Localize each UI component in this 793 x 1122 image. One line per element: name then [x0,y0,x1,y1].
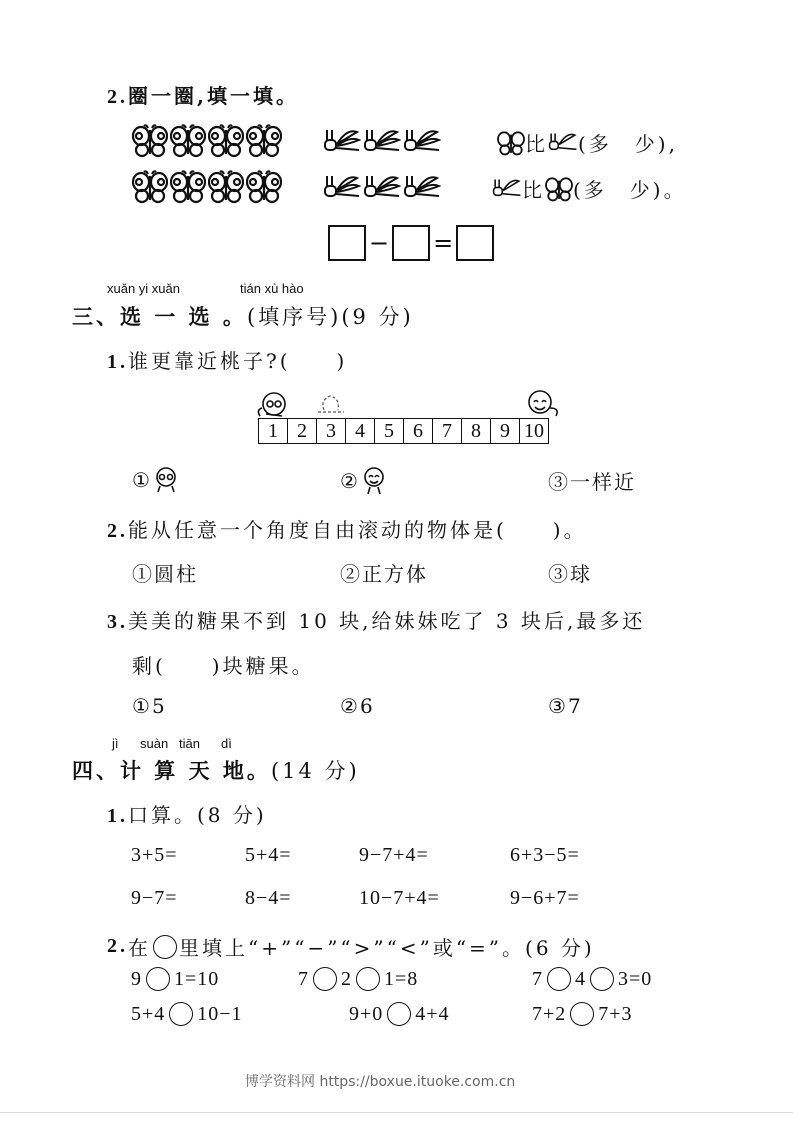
option-label: 球 [570,562,592,586]
calc-item[interactable]: 9−7= [131,887,178,910]
dragonfly-icon [548,131,578,155]
question-text: 在 [128,932,151,961]
answer-circle[interactable] [570,1002,594,1026]
option-label: 6 [360,694,375,718]
operand: 7+3 [598,1003,632,1026]
s3-question-1: 1.谁更靠近桃子?( ) [107,345,347,374]
number-line-cell: 1 [259,419,288,443]
butterfly-icon [208,170,244,204]
question-text: 谁更靠近桃子?( ) [128,349,347,373]
number-line-cell: 3 [317,419,346,443]
compare-item: 743=0 [532,967,652,991]
question-number: 2. [107,86,128,108]
operand: 9 [131,968,142,991]
butterfly-icon [208,124,244,158]
operand: 1=8 [384,968,418,991]
question-text: 圈一圈,填一填。 [128,84,299,108]
pinyin-tian: tiān [179,736,200,751]
option-3[interactable]: ③一样近 [548,466,636,495]
option-3[interactable]: ③球 [548,558,592,587]
equation-boxes: −= [328,225,494,261]
number-line-cell: 10 [520,419,548,443]
option-mark: ① [132,694,152,718]
section-title: 三、选 一 选 。 [72,304,247,329]
section-4-heading: 四、计 算 天 地。(14 分) [72,755,360,785]
operand: 7+2 [532,1003,566,1026]
footer-watermark: 博学资料网 https://boxue.ituoke.com.cn [245,1071,515,1091]
s3-question-3-line2: 剩( )块糖果。 [132,650,315,679]
number-line-cell: 9 [491,419,520,443]
dragonfly-icon [403,174,441,202]
monkey-left-icon [256,390,306,420]
dragonfly-icon [363,128,401,156]
minus-sign: − [369,229,389,257]
calc-item[interactable]: 5+4= [245,844,292,867]
s4-question-2: 2.在里填上“+”“−”“>”“<”或“=”。(6 分) [107,932,595,961]
dragonfly-icon [403,128,441,156]
option-2[interactable]: ②正方体 [340,558,428,587]
option-mark: ② [340,694,360,718]
number-line-cell: 6 [404,419,433,443]
operand: 5+4 [131,1003,165,1026]
section-title: 四、计 算 天 地。 [72,758,271,783]
option-mark: ③ [548,562,570,586]
butterfly-icon [170,124,206,158]
question-number: 3. [107,611,128,633]
option-1[interactable]: ①5 [132,694,167,718]
compare-word: 比 [522,174,545,203]
dragonfly-icon [323,128,361,156]
option-mark: ① [132,468,152,492]
answer-circle[interactable] [356,967,380,991]
calc-item[interactable]: 10−7+4= [359,887,440,910]
operand: 10−1 [197,1003,242,1026]
section-3-heading: 三、选 一 选 。(填序号)(9 分) [72,301,414,331]
operand: 1=10 [174,968,219,991]
operand: 2 [341,968,352,991]
answer-circle[interactable] [547,967,571,991]
option-label: 一样近 [570,470,636,494]
monkey-left-icon [152,466,180,494]
option-mark: ③ [548,694,568,718]
answer-circle[interactable] [590,967,614,991]
calc-item[interactable]: 6+3−5= [510,844,580,867]
question-text: 美美的糖果不到 10 块,给妹妹吃了 3 块后,最多还 [128,609,645,633]
question-number: 1. [107,805,128,827]
number-line-cell: 7 [433,419,462,443]
butterfly-row-1 [132,124,282,158]
pinyin-xuan-yi-xuan: xuǎn yi xuǎn [107,281,180,296]
s3-question-2: 2.能从任意一个角度自由滚动的物体是( )。 [107,514,587,543]
option-mark: ② [340,469,360,493]
butterfly-icon [246,170,282,204]
section-note: (14 分) [271,759,360,783]
question-text: 里填上“+”“−”“>”“<”或“=”。(6 分) [179,932,595,961]
question-text: 口算。(8 分) [128,803,267,827]
question-number: 1. [107,351,128,373]
operand: 4+4 [415,1003,449,1026]
calc-item[interactable]: 8−4= [245,887,292,910]
compare-item: 91=10 [131,967,219,991]
number-line-cell: 2 [288,419,317,443]
option-mark: ③ [548,470,570,494]
circle-icon [153,935,177,959]
pinyin-suan: suàn [140,736,168,751]
option-mark: ① [132,562,154,586]
compare-item: 5+410−1 [131,1002,243,1026]
option-2[interactable]: ② [340,466,388,496]
number-line-cell: 8 [462,419,491,443]
dragonfly-row-1 [323,128,441,156]
option-label: 圆柱 [154,562,198,586]
page-bottom-divider [0,1112,793,1113]
monkey-right-icon [360,466,388,496]
option-label: 7 [568,694,583,718]
answer-circle[interactable] [313,967,337,991]
calc-item[interactable]: 9−7+4= [359,844,429,867]
answer-box[interactable] [328,225,366,261]
answer-circle[interactable] [146,967,170,991]
dragonfly-icon [492,177,522,201]
question-text: 能从任意一个角度自由滚动的物体是( )。 [128,518,587,542]
operand: 7 [532,968,543,991]
compare-word: 比 [525,128,548,157]
butterfly-icon [132,170,168,204]
compare-item: 7+27+3 [532,1002,633,1026]
compare-choices[interactable]: (多 少)。 [573,174,687,203]
option-2[interactable]: ②6 [340,694,375,718]
answer-circle[interactable] [169,1002,193,1026]
answer-box[interactable] [392,225,430,261]
option-1[interactable]: ①圆柱 [132,558,198,587]
butterfly-icon [170,170,206,204]
s4-question-1: 1.口算。(8 分) [107,799,267,828]
option-label: 正方体 [362,562,428,586]
calc-item[interactable]: 9−6+7= [510,887,580,910]
option-3[interactable]: ③7 [548,694,583,718]
option-mark: ② [340,562,362,586]
butterfly-icon [497,130,525,156]
operand: 7 [298,968,309,991]
butterfly-row-2 [132,170,282,204]
section-note: (填序号)(9 分) [247,305,414,329]
question-2-title: 2.圈一圈,填一填。 [107,80,299,109]
butterfly-icon [132,124,168,158]
answer-circle[interactable] [387,1002,411,1026]
operand: 9+0 [349,1003,383,1026]
number-line-cell: 5 [375,419,404,443]
number-line-cell: 4 [346,419,375,443]
equals-sign: = [433,229,453,257]
option-1[interactable]: ① [132,466,180,494]
compare-choices[interactable]: (多 少), [578,128,678,157]
calc-item[interactable]: 3+5= [131,844,178,867]
monkey-right-icon [520,388,564,420]
dragonfly-icon [363,174,401,202]
s3-question-3: 3.美美的糖果不到 10 块,给妹妹吃了 3 块后,最多还 [107,605,645,634]
compare-item: 9+04+4 [349,1002,450,1026]
dragonfly-row-2 [323,174,441,202]
operand: 3=0 [618,968,652,991]
butterfly-icon [545,176,573,202]
peach-icon [316,392,346,414]
butterfly-icon [246,124,282,158]
pinyin-ji: jì [112,736,119,751]
compare-item: 721=8 [298,967,418,991]
number-line: 1 2 3 4 5 6 7 8 9 10 [258,418,549,444]
question-number: 2. [107,935,128,958]
compare-row-2: 比 (多 少)。 [492,174,687,203]
question-number: 2. [107,520,128,542]
compare-row-1: 比 (多 少), [497,128,678,157]
operand: 4 [575,968,586,991]
dragonfly-icon [323,174,361,202]
pinyin-tian-xu-hao: tián xù hào [240,281,304,296]
answer-box[interactable] [456,225,494,261]
pinyin-di: dì [221,736,232,751]
option-label: 5 [152,694,167,718]
